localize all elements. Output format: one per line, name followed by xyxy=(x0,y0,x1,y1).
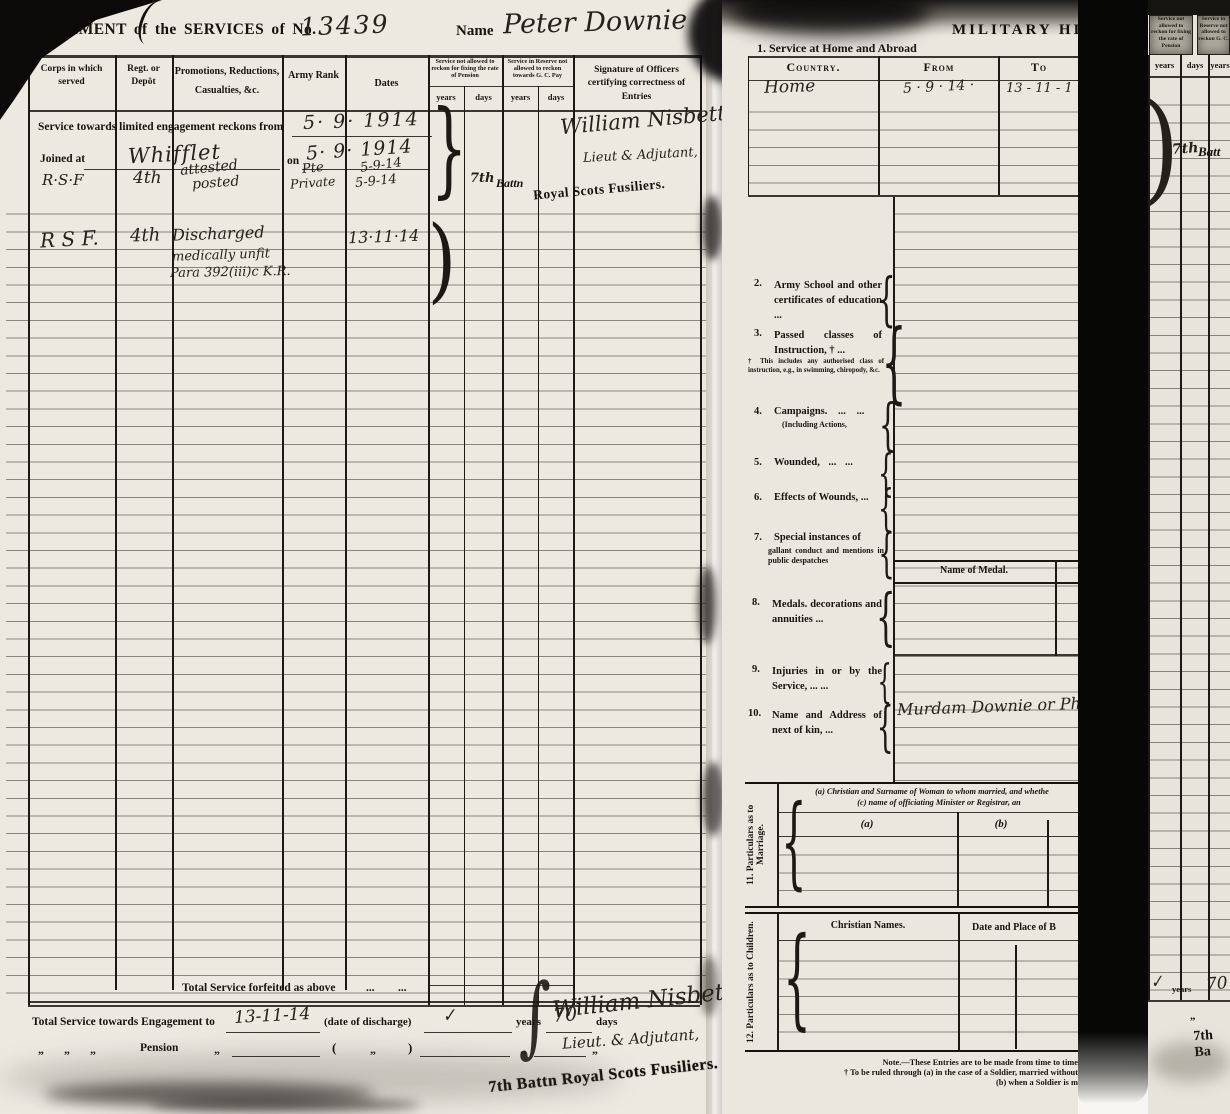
total-engagement-label: Total Service towards Engagement to xyxy=(32,1016,215,1028)
forfeit-dots: ... xyxy=(366,982,375,994)
forfeit-label: Total Service forfeited as above xyxy=(182,982,336,994)
forfeit-dots: ... xyxy=(398,982,407,994)
gutter-blot xyxy=(698,566,716,644)
page-title-fragment: EMENT of the SERVICES of No. xyxy=(68,21,316,39)
ruled-lines-left xyxy=(6,197,706,1003)
s8-brace: { xyxy=(876,586,896,648)
col-header-pension: Service not allowed to reckon for fixing… xyxy=(429,58,501,85)
s1-top-border xyxy=(748,56,1078,58)
ditto-mark: „ xyxy=(90,1042,96,1057)
marriage-head2: (c) name of officiating Minister or Regi… xyxy=(800,798,1078,807)
service-number: 13439 xyxy=(300,9,390,41)
col-header-signature: Signature of Officers certifying correct… xyxy=(575,64,698,104)
col-header-promotions: Promotions, Reductions, Casualties, &c. xyxy=(174,62,280,100)
stamp-bn: 7th xyxy=(470,171,495,186)
s4-num: 4. xyxy=(754,406,762,417)
marriage-head1: (a) Christian and Surname of Woman to wh… xyxy=(786,787,1078,796)
strip-top-bar xyxy=(1148,0,1230,15)
scan-black-band-fade xyxy=(1078,1032,1148,1104)
s5-num: 5. xyxy=(754,457,762,468)
note-line-2: † To be ruled through (a) in the case of… xyxy=(766,1068,1078,1077)
s5-label: Wounded, ... ... xyxy=(774,457,880,468)
entry-brace: } xyxy=(431,96,467,200)
s2-num: 2. xyxy=(754,278,762,289)
strip-smudge xyxy=(1150,1042,1230,1082)
note-line-3: (b) when a Soldier is m xyxy=(906,1078,1078,1087)
s1-ruled-rows xyxy=(748,95,1078,195)
strip-ditto: „ xyxy=(1190,1010,1196,1022)
marriage-col-b: (b) xyxy=(958,818,1044,830)
s1-col-to: To xyxy=(1000,60,1078,75)
s4-sub: (Including Actions, xyxy=(782,420,882,429)
col-header-days: days xyxy=(540,92,572,102)
strip-years2-label: years xyxy=(1210,60,1230,70)
military-history-title: MILITARY HIS xyxy=(952,22,1094,39)
s9-num: 9. xyxy=(752,664,760,675)
strip-days-value: 70 xyxy=(1205,973,1228,995)
underline xyxy=(226,1032,320,1033)
row1-regt: 4th xyxy=(133,168,162,188)
strip-years-bottom: years xyxy=(1172,984,1191,994)
children-col-dates: Date and Place of B xyxy=(972,922,1078,933)
s10-label: Name and Address of next of kin, ... xyxy=(772,708,882,738)
s10-brace: { xyxy=(877,700,894,754)
soldier-name: Peter Downie xyxy=(503,5,688,41)
children-side-label: 12. Particulars as to Children. xyxy=(746,918,772,1046)
engagement-label: Service towards limited engagement recko… xyxy=(38,121,283,133)
children-lines xyxy=(778,944,1078,1049)
stamp-battn: Battn xyxy=(496,176,523,191)
marriage-head-divider xyxy=(778,812,1078,813)
strip-days-label: days xyxy=(1182,60,1208,70)
pension-label: Pension xyxy=(140,1042,178,1054)
row1-promotion-b: posted xyxy=(191,173,239,192)
row2-date: 13·11·14 xyxy=(348,226,420,247)
underline xyxy=(424,1032,512,1033)
discharge-label: (date of discharge) xyxy=(324,1016,411,1028)
strip-col-line xyxy=(1208,55,1210,1000)
s6-label: Effects of Wounds, ... xyxy=(774,492,884,503)
joined-on-label: on xyxy=(287,155,299,167)
joined-label: Joined at xyxy=(40,153,85,165)
s7-num: 7. xyxy=(754,532,762,543)
table-top-border xyxy=(28,55,700,58)
s1-to-value: 13 - 11 - 1 xyxy=(1006,81,1073,96)
col-header-reserve: Service in Reserve not allowed to reckon… xyxy=(503,58,572,85)
children-head-divider xyxy=(778,940,1078,941)
s10-num: 10. xyxy=(748,708,761,719)
strip-reserve-header: Service in Reserve not allowed to reckon… xyxy=(1197,15,1230,55)
strip-ruled-lines xyxy=(1148,88,1230,993)
col-header-days: days xyxy=(466,92,501,102)
row2-line3: Para 392(iii)c K.R. xyxy=(170,264,291,281)
col-header-corps: Corps in which served xyxy=(29,63,114,89)
page-gutter xyxy=(706,0,722,1114)
s8-num: 8. xyxy=(752,597,760,608)
entry-paren: ) xyxy=(428,214,457,306)
signature-bracket: ∫ xyxy=(519,972,551,1060)
forfeit-box-line xyxy=(428,985,573,986)
row2-regt: 4th xyxy=(130,224,161,246)
s9-label: Injuries in or by the Service, ... ... xyxy=(772,664,882,694)
s6-num: 6. xyxy=(754,492,762,503)
s3-label: Passed classes of Instruction, † ... xyxy=(774,328,882,358)
gutter-blot xyxy=(702,196,722,260)
s1-col-from: From xyxy=(880,60,998,75)
scan-black-band xyxy=(1078,0,1148,1032)
strip-pension-header: Service not allowed to reckon for fixing… xyxy=(1149,15,1193,55)
service-record-scan: EMENT of the SERVICES of No. 13439 Name … xyxy=(0,0,1230,1114)
s8-label: Medals. decorations and annuities ... xyxy=(772,597,882,627)
medal-col-divider xyxy=(1055,560,1057,656)
ditto-mark: „ xyxy=(38,1042,44,1057)
strip-heavy-line xyxy=(1148,1000,1230,1002)
col-header-dates: Dates xyxy=(347,78,426,89)
s1-col-country: Country. xyxy=(749,60,878,75)
gutter-blot xyxy=(702,762,724,836)
medal-box-bottom xyxy=(893,654,1078,656)
row1-corps: R·S·F xyxy=(42,171,84,189)
s2-label: Army School and other certificates of ed… xyxy=(774,278,882,324)
marriage-lines xyxy=(778,838,1078,906)
col-header-regt: Regt. or Depôt xyxy=(116,63,171,89)
s1-country-value: Home xyxy=(764,76,816,98)
col-header-rank: Army Rank xyxy=(284,63,343,88)
gutter-blot xyxy=(700,956,718,1016)
engagement-date: 5· 9· 1914 xyxy=(303,108,420,134)
children-col-names: Christian Names. xyxy=(778,920,958,931)
marriage-col-a: (a) xyxy=(778,818,956,830)
s7-label: Special instances of xyxy=(774,532,882,543)
row1-rank-b: Private xyxy=(290,173,336,191)
name-label: Name xyxy=(456,23,494,40)
col-header-years: years xyxy=(504,92,537,102)
smudge xyxy=(150,1098,420,1112)
s4-label: Campaigns. ... ... xyxy=(774,406,880,417)
row2-corps: R S F. xyxy=(39,225,99,252)
s3-num: 3. xyxy=(754,328,762,339)
total-engagement-date: 13-11-14 xyxy=(234,1004,311,1028)
strip-bn-value: 7th xyxy=(1171,140,1198,158)
strip-col-line xyxy=(1180,55,1182,1000)
s7-sub: gallant conduct and mentions in public d… xyxy=(768,546,884,566)
note-line-1: Note.—These Entries are to be made from … xyxy=(796,1058,1078,1067)
medal-header-label: Name of Medal. xyxy=(893,565,1055,576)
section1-label: 1. Service at Home and Abroad xyxy=(757,41,917,56)
strip-batt-value: Batt xyxy=(1198,144,1220,160)
marriage-colhead-divider xyxy=(778,836,1078,837)
ditto-mark: „ xyxy=(64,1042,70,1057)
strip-years-label: years xyxy=(1149,60,1180,70)
marriage-side-label: 11. Particulars as to Marriage. xyxy=(746,788,772,902)
s3-footnote: † This includes any authorised class of … xyxy=(748,358,884,376)
row2-line1: Discharged xyxy=(172,222,265,244)
